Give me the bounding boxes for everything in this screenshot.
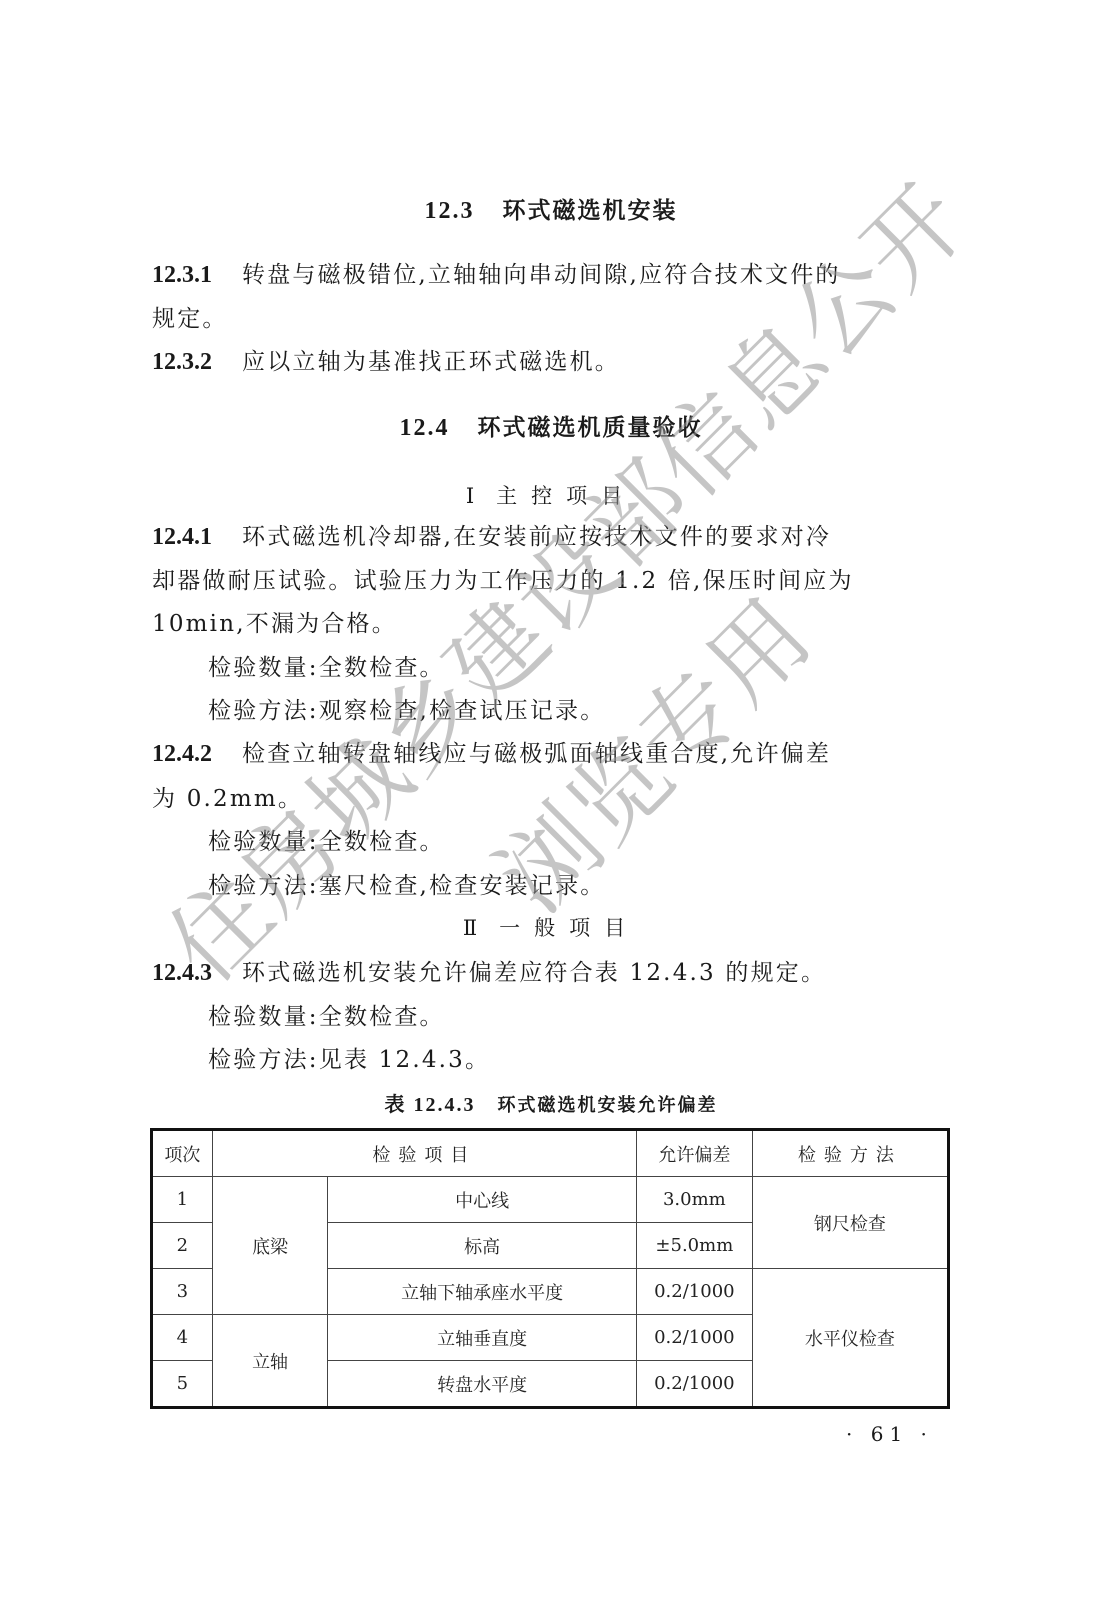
tolerance-table: 项次 检验项目 允许偏差 检验方法 1 底梁 中心线 3.0mm 钢尺检查 2 … xyxy=(150,1128,950,1409)
subheading-main-items: Ⅰ主控项目 xyxy=(0,480,1102,510)
clause-12-4-1-method: 检验方法:观察检查,检查试压记录。 xyxy=(208,692,1008,725)
row-index: 2 xyxy=(152,1223,213,1269)
row-index: 4 xyxy=(152,1315,213,1361)
header-index: 项次 xyxy=(152,1130,213,1177)
row-index: 1 xyxy=(152,1177,213,1223)
row-tolerance: 0.2/1000 xyxy=(636,1269,752,1315)
clause-12-4-3-method: 检验方法:见表 12.4.3。 xyxy=(208,1041,1008,1074)
clause-12-4-2-cont: 为 0.2mm。 xyxy=(152,780,952,813)
row-index: 3 xyxy=(152,1269,213,1315)
row-item: 标高 xyxy=(328,1223,637,1269)
row-item: 中心线 xyxy=(328,1177,637,1223)
header-method: 检验方法 xyxy=(752,1130,948,1177)
clause-12-4-1-cont2: 10min,不漏为合格。 xyxy=(152,605,952,638)
clause-12-4-3-quantity: 检验数量:全数检查。 xyxy=(208,998,1008,1031)
row-tolerance: 3.0mm xyxy=(636,1177,752,1223)
table-caption: 表 12.4.3环式磁选机安装允许偏差 xyxy=(0,1088,1102,1117)
section-heading-12-4: 12.4环式磁选机质量验收 xyxy=(0,409,1102,442)
group-base-beam: 底梁 xyxy=(212,1177,328,1315)
group-vertical-shaft: 立轴 xyxy=(212,1315,328,1408)
clause-12-4-2-method: 检验方法:塞尺检查,检查安装记录。 xyxy=(208,867,1008,900)
row-tolerance: 0.2/1000 xyxy=(636,1361,752,1408)
method-steel-ruler: 钢尺检查 xyxy=(752,1177,948,1269)
clause-12-4-1-quantity: 检验数量:全数检查。 xyxy=(208,649,1008,682)
method-level: 水平仪检查 xyxy=(752,1269,948,1408)
document-page: 12.3环式磁选机安装 12.3.1转盘与磁极错位,立轴轴向串动间隙,应符合技术… xyxy=(0,0,1102,1598)
clause-12-4-3: 12.4.3环式磁选机安装允许偏差应符合表 12.4.3 的规定。 xyxy=(152,954,952,987)
clause-12-3-1-cont: 规定。 xyxy=(152,300,952,333)
clause-12-4-1: 12.4.1环式磁选机冷却器,在安装前应按技术文件的要求对冷 xyxy=(152,518,952,551)
clause-12-4-1-cont1: 却器做耐压试验。试验压力为工作压力的 1.2 倍,保压时间应为 xyxy=(152,562,952,595)
table-header-row: 项次 检验项目 允许偏差 检验方法 xyxy=(152,1130,949,1177)
row-item: 转盘水平度 xyxy=(328,1361,637,1408)
row-tolerance: 0.2/1000 xyxy=(636,1315,752,1361)
row-item: 立轴垂直度 xyxy=(328,1315,637,1361)
section-heading-12-3: 12.3环式磁选机安装 xyxy=(0,192,1102,225)
table-row: 1 底梁 中心线 3.0mm 钢尺检查 xyxy=(152,1177,949,1223)
header-tolerance: 允许偏差 xyxy=(636,1130,752,1177)
clause-12-4-2: 12.4.2检查立轴转盘轴线应与磁极弧面轴线重合度,允许偏差 xyxy=(152,735,952,768)
clause-12-3-1: 12.3.1转盘与磁极错位,立轴轴向串动间隙,应符合技术文件的 xyxy=(152,256,952,289)
page-number: · 61 · xyxy=(846,1422,933,1446)
row-index: 5 xyxy=(152,1361,213,1408)
header-item: 检验项目 xyxy=(212,1130,636,1177)
row-tolerance: ±5.0mm xyxy=(636,1223,752,1269)
clause-12-4-2-quantity: 检验数量:全数检查。 xyxy=(208,823,1008,856)
clause-12-3-2: 12.3.2应以立轴为基准找正环式磁选机。 xyxy=(152,343,952,376)
row-item: 立轴下轴承座水平度 xyxy=(328,1269,637,1315)
subheading-general-items: Ⅱ一般项目 xyxy=(0,912,1102,942)
